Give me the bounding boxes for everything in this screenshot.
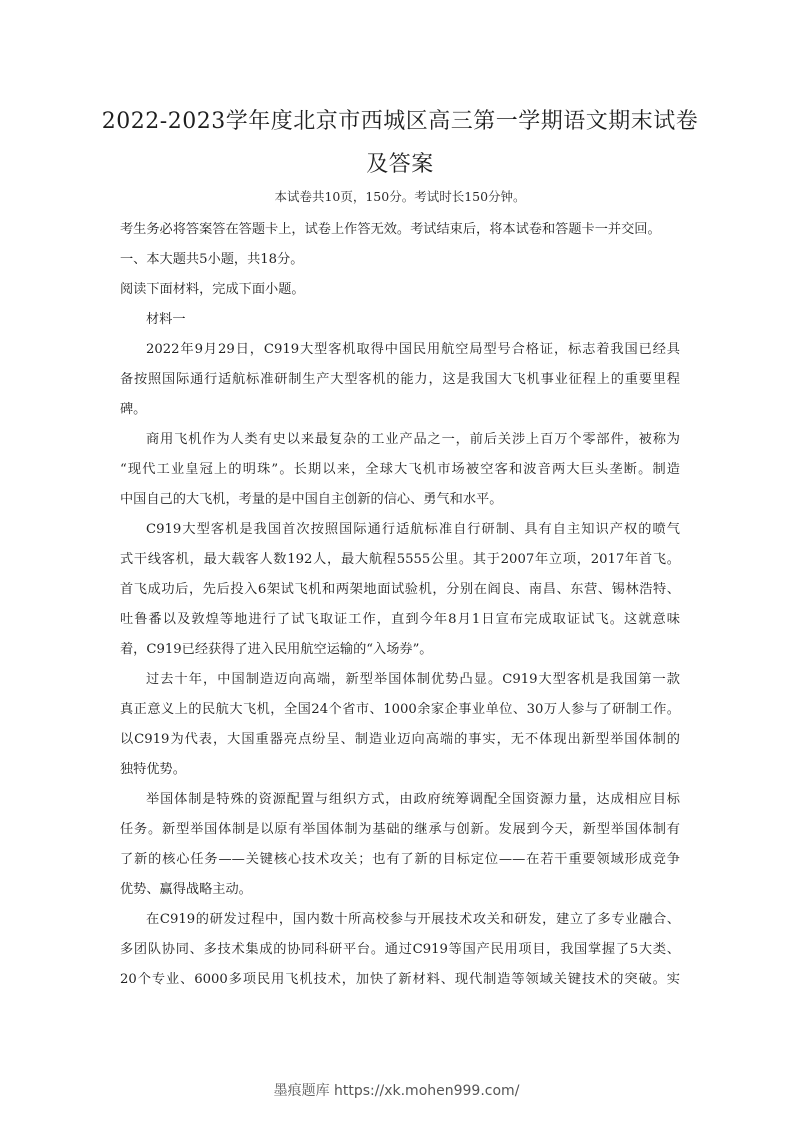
paragraph-line: 吐鲁番以及敦煌等地进行了试飞取证工作，直到今年8月1日宣布完成取证试飞。这就意味	[120, 605, 680, 635]
watermark-footer: 墨痕题库 https://xk.mohen999.com/	[0, 1080, 793, 1100]
paragraph-line: 式干线客机，最大载客人数192人，最大航程5555公里。其于2007年立项，20…	[120, 545, 680, 575]
paragraph-line: 着，C919已经获得了进入民用航空运输的“入场券”。	[120, 635, 680, 665]
paragraph-line: 了新的核心任务——关键核心技术攻关；也有了新的目标定位——在若干重要领域形成竞争	[120, 845, 680, 875]
document-body: 考生务必将答案答在答题卡上，试卷上作答无效。考试结束后，将本试卷和答题卡一并交回…	[120, 215, 680, 995]
paragraph-line: 多团队协同、多技术集成的协同科研平台。通过C919等国产民用项目，我国掌握了5大…	[120, 935, 680, 965]
paragraph-line: 碑。	[120, 395, 680, 425]
paragraph-line: 首飞成功后，先后投入6架试飞机和两架地面试验机，分别在阎良、南昌、东营、锡林浩特…	[120, 575, 680, 605]
paragraph-line: 优势、赢得战略主动。	[120, 875, 680, 905]
paragraph-6: 在C919的研发过程中，国内数十所高校参与开展技术攻关和研发，建立了多专业融合、…	[120, 905, 680, 995]
paragraph-line: 商用飞机作为人类有史以来最复杂的工业产品之一，前后关涉上百万个零部件，被称为	[120, 425, 680, 455]
paragraph-line: 独特优势。	[120, 755, 680, 785]
exam-info: 本试卷共10页，150分。考试时长150分钟。	[100, 187, 700, 205]
material-label: 材料一	[120, 305, 680, 335]
paragraph-2: 商用飞机作为人类有史以来最复杂的工业产品之一，前后关涉上百万个零部件，被称为 “…	[120, 425, 680, 515]
paragraph-line: “现代工业皇冠上的明珠”。长期以来，全球大飞机市场被空客和波音两大巨头垄断。制造	[120, 455, 680, 485]
instructions: 考生务必将答案答在答题卡上，试卷上作答无效。考试结束后，将本试卷和答题卡一并交回…	[120, 215, 680, 245]
paragraph-line: 2022年9月29日，C919大型客机取得中国民用航空局型号合格证，标志着我国已…	[120, 335, 680, 365]
exam-page: 2022-2023学年度北京市西城区高三第一学期语文期末试卷 及答案 本试卷共1…	[0, 0, 793, 1122]
paragraph-line: 20个专业、6000多项民用飞机技术，加快了新材料、现代制造等领域关键技术的突破…	[120, 965, 680, 995]
document-title-line1: 2022-2023学年度北京市西城区高三第一学期语文期末试卷	[100, 104, 700, 135]
paragraph-line: 过去十年，中国制造迈向高端，新型举国体制优势凸显。C919大型客机是我国第一款	[120, 665, 680, 695]
paragraph-line: 中国自己的大飞机，考量的是中国自主创新的信心、勇气和水平。	[120, 485, 680, 515]
paragraph-line: 以C919为代表，大国重器亮点纷呈、制造业迈向高端的事实，无不体现出新型举国体制…	[120, 725, 680, 755]
reading-prompt: 阅读下面材料，完成下面小题。	[120, 275, 680, 305]
paragraph-line: C919大型客机是我国首次按照国际通行适航标准自行研制、具有自主知识产权的喷气	[120, 515, 680, 545]
paragraph-line: 真正意义上的民航大飞机，全国24个省市、1000余家企事业单位、30万人参与了研…	[120, 695, 680, 725]
paragraph-3: C919大型客机是我国首次按照国际通行适航标准自行研制、具有自主知识产权的喷气 …	[120, 515, 680, 665]
paragraph-line: 备按照国际通行适航标准研制生产大型客机的能力，这是我国大飞机事业征程上的重要里程	[120, 365, 680, 395]
paragraph-1: 2022年9月29日，C919大型客机取得中国民用航空局型号合格证，标志着我国已…	[120, 335, 680, 425]
section-header: 一、本大题共5小题，共18分。	[120, 245, 680, 275]
paragraph-line: 在C919的研发过程中，国内数十所高校参与开展技术攻关和研发，建立了多专业融合、	[120, 905, 680, 935]
paragraph-line: 举国体制是特殊的资源配置与组织方式，由政府统筹调配全国资源力量，达成相应目标	[120, 785, 680, 815]
paragraph-4: 过去十年，中国制造迈向高端，新型举国体制优势凸显。C919大型客机是我国第一款 …	[120, 665, 680, 785]
paragraph-line: 任务。新型举国体制是以原有举国体制为基础的继承与创新。发展到今天，新型举国体制有	[120, 815, 680, 845]
document-title-line2: 及答案	[100, 147, 700, 178]
paragraph-5: 举国体制是特殊的资源配置与组织方式，由政府统筹调配全国资源力量，达成相应目标 任…	[120, 785, 680, 905]
